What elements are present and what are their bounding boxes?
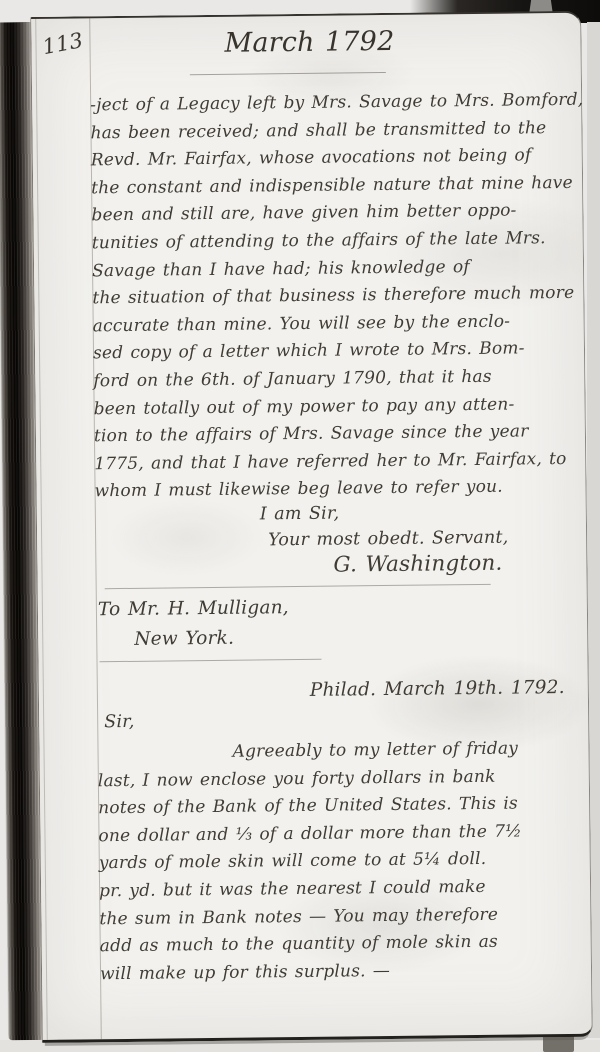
letter1-body: -ject of a Legacy left by Mrs. Savage to… (90, 87, 587, 506)
dateline: Philad. March 19th. 1792. (310, 677, 565, 701)
manuscript-line: will make up for this surplus. — (100, 955, 592, 988)
section-rule (100, 659, 322, 663)
closing-line: I am Sir, (260, 504, 340, 525)
manuscript-line: Agreeably to my letter of friday (97, 735, 589, 768)
manuscript-line: tunities of attending to the affairs of … (92, 225, 584, 258)
manuscript-line: whom I must likewise beg leave to refer … (94, 473, 586, 506)
book-page: 113 March 1792 -ject of a Legacy left by… (0, 11, 600, 1044)
address-line: New York. (134, 628, 234, 650)
address-line: To Mr. H. Mulligan, (98, 597, 289, 620)
closing-line: Your most obedt. Servant, (268, 528, 509, 551)
scan-background: 113 March 1792 -ject of a Legacy left by… (0, 0, 600, 1052)
page-content: -ject of a Legacy left by Mrs. Savage to… (89, 13, 593, 1040)
salutation: Sir, (104, 712, 135, 732)
signature: G. Washington. (333, 551, 502, 578)
letter2-body: Agreeably to my letter of friday last, I… (97, 735, 592, 989)
manuscript-line: the situation of that business is theref… (92, 280, 584, 313)
section-rule (105, 584, 491, 589)
page-sheet: 113 March 1792 -ject of a Legacy left by… (30, 11, 593, 1043)
manuscript-line: sed copy of a letter which I wrote to Mr… (93, 335, 585, 368)
page-number: 113 (41, 28, 85, 59)
